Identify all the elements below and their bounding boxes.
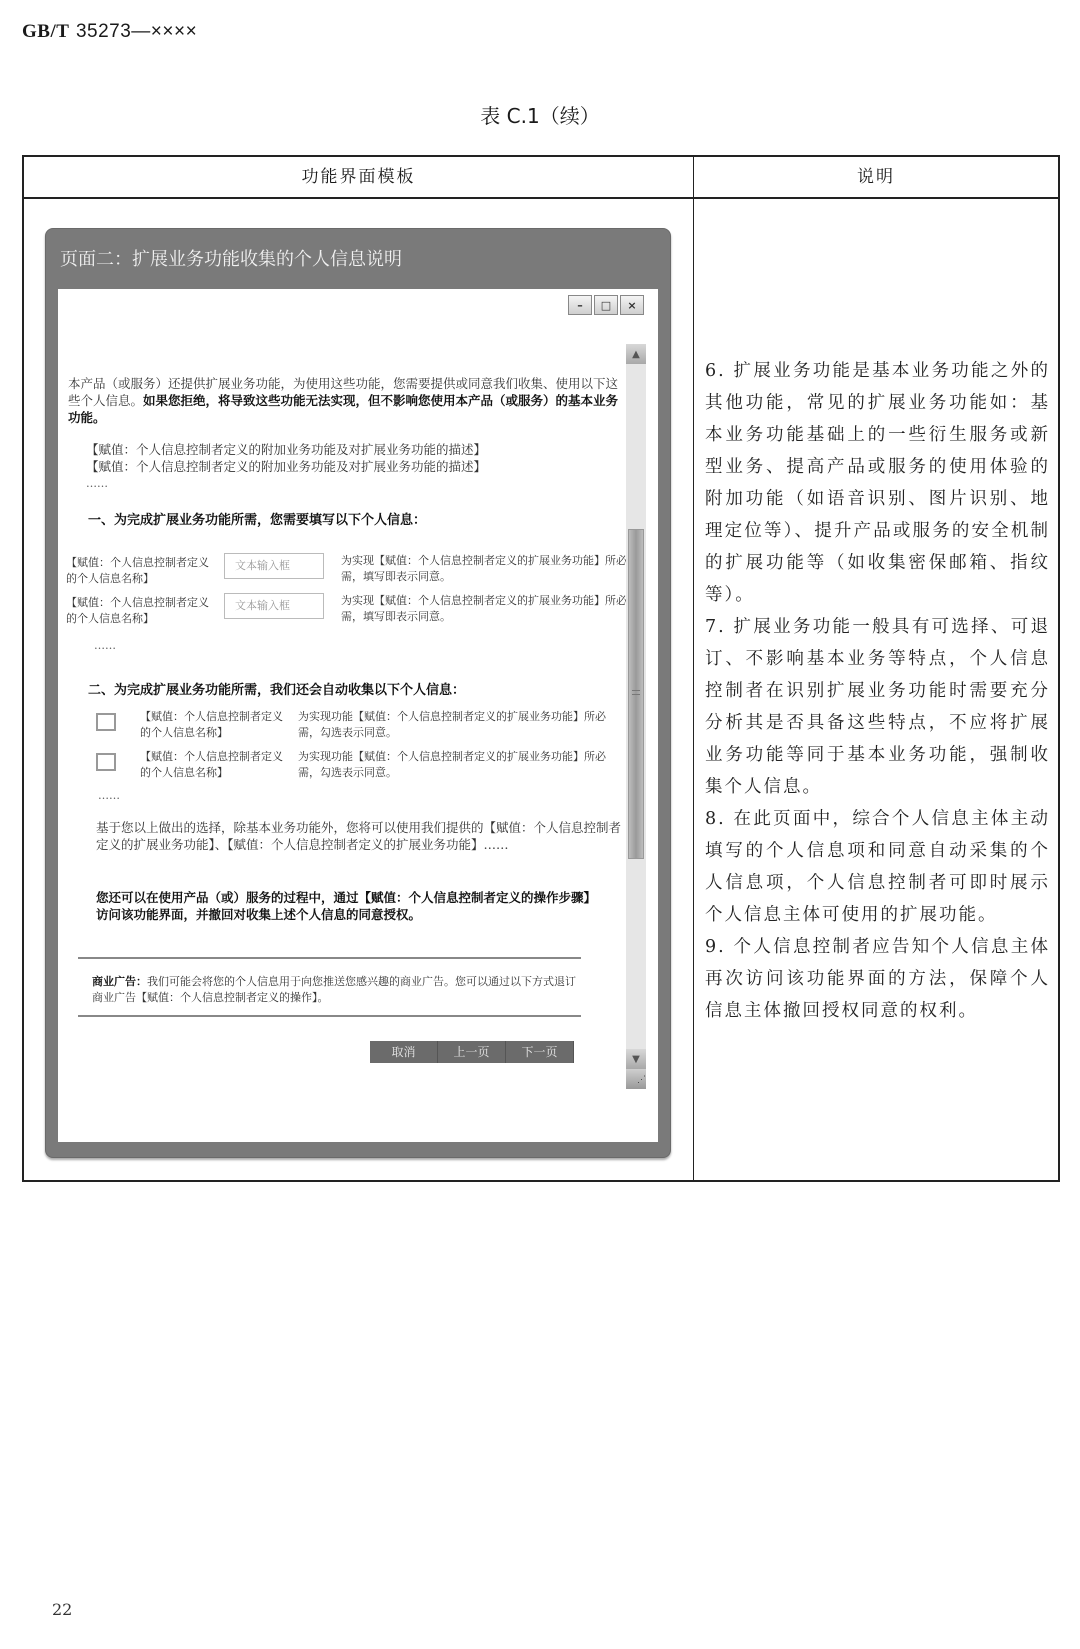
- explanation-column: 6. 扩展业务功能是基本业务功能之外的其他功能，常见的扩展业务功能如：基本业务功…: [705, 355, 1050, 1027]
- field-note: 为实现【赋值：个人信息控制者定义的扩展业务功能】所必需，填写即表示同意。: [341, 593, 631, 625]
- close-icon: ×: [627, 299, 636, 312]
- checkbox-note: 为实现功能【赋值：个人信息控制者定义的扩展业务功能】所必需，勾选表示同意。: [298, 709, 618, 741]
- field-label: 【赋值：个人信息控制者定义的个人信息名称】: [66, 595, 216, 627]
- standard-prefix: GB/T: [22, 21, 69, 42]
- arrow-down-icon: ▼: [632, 1054, 640, 1065]
- checkbox-label: 【赋值：个人信息控制者定义的个人信息名称】: [140, 709, 290, 741]
- column-divider: [693, 157, 694, 1180]
- previous-page-button[interactable]: 上一页: [438, 1041, 506, 1063]
- intro-paragraph: 本产品（或服务）还提供扩展业务功能，为使用这些功能，您需要提供或同意我们收集、使…: [68, 375, 623, 426]
- minimize-icon: –: [577, 299, 583, 312]
- document-header: GB/T 35273—××××: [22, 20, 197, 43]
- section1-ellipsis: ……: [94, 639, 116, 652]
- navigation-buttons: 取消 上一页 下一页: [370, 1041, 574, 1063]
- arrow-up-icon: ▲: [632, 349, 640, 360]
- assignment-item: 【赋值：个人信息控制者定义的附加业务功能及对扩展业务功能的描述】: [86, 441, 606, 458]
- minimize-button[interactable]: –: [568, 295, 592, 315]
- explanation-item: 8. 在此页面中，综合个人信息主体主动填写的个人信息项和同意自动采集的个人信息项…: [705, 803, 1050, 931]
- assignment-item: 【赋值：个人信息控制者定义的附加业务功能及对扩展业务功能的描述】: [86, 458, 606, 475]
- section2-title: 二、为完成扩展业务功能所需，我们还会自动收集以下个人信息：: [88, 679, 465, 698]
- input-row: 【赋值：个人信息控制者定义的个人信息名称】 文本输入框 为实现【赋值：个人信息控…: [66, 591, 626, 633]
- intro-bold-text: 如果您拒绝，将导致这些功能无法实现，但不影响您使用本产品（或服务）的基本业务功能…: [68, 393, 618, 425]
- resize-grip-icon[interactable]: ⋰: [626, 1069, 646, 1089]
- section1-title: 一、为完成扩展业务功能所需，您需要填写以下个人信息：: [88, 509, 426, 528]
- ad-text: 我们可能会将您的个人信息用于向您推送您感兴趣的商业广告。您可以通过以下方式退订商…: [92, 975, 576, 1004]
- maximize-button[interactable]: □: [594, 295, 618, 315]
- consent-checkbox[interactable]: [96, 753, 116, 771]
- explanation-item: 6. 扩展业务功能是基本业务功能之外的其他功能，常见的扩展业务功能如：基本业务功…: [705, 355, 1050, 611]
- revoke-notice: 您还可以在使用产品（或）服务的过程中，通过【赋值：个人信息控制者定义的操作步骤】…: [96, 889, 596, 923]
- vertical-scrollbar[interactable]: ▲ ▼: [626, 344, 646, 1069]
- cancel-button[interactable]: 取消: [370, 1041, 438, 1063]
- page-number: 22: [52, 1600, 72, 1619]
- scroll-up-button[interactable]: ▲: [626, 344, 646, 364]
- mock-window-body: – □ × 本产品（或服务）还提供扩展业务功能，为使用这些功能，您需要提供或同意…: [58, 289, 658, 1142]
- mock-window-title: 页面二：扩展业务功能收集的个人信息说明: [60, 245, 402, 271]
- checkbox-note: 为实现功能【赋值：个人信息控制者定义的扩展业务功能】所必需，勾选表示同意。: [298, 749, 618, 781]
- assignment-list: 【赋值：个人信息控制者定义的附加业务功能及对扩展业务功能的描述】 【赋值：个人信…: [86, 441, 606, 492]
- column-header-template: 功能界面模板: [24, 157, 693, 197]
- maximize-icon: □: [601, 299, 611, 312]
- field-label: 【赋值：个人信息控制者定义的个人信息名称】: [66, 555, 216, 587]
- field-note: 为实现【赋值：个人信息控制者定义的扩展业务功能】所必需，填写即表示同意。: [341, 553, 631, 585]
- next-page-button[interactable]: 下一页: [506, 1041, 574, 1063]
- scroll-down-button[interactable]: ▼: [626, 1049, 646, 1069]
- text-input[interactable]: 文本输入框: [224, 553, 324, 579]
- table-caption: 表 C.1（续）: [0, 100, 1080, 129]
- checkbox-row: 【赋值：个人信息控制者定义的个人信息名称】 为实现功能【赋值：个人信息控制者定义…: [88, 707, 628, 747]
- ad-label: 商业广告：: [92, 975, 147, 988]
- divider: [78, 957, 581, 959]
- input-row: 【赋值：个人信息控制者定义的个人信息名称】 文本输入框 为实现【赋值：个人信息控…: [66, 551, 626, 593]
- scrollbar-thumb[interactable]: [628, 529, 644, 859]
- close-button[interactable]: ×: [620, 295, 644, 315]
- grip-icon: [632, 690, 640, 695]
- divider: [78, 1015, 581, 1017]
- explanation-item: 9. 个人信息控制者应告知个人信息主体再次访问该功能界面的方法，保障个人信息主体…: [705, 931, 1050, 1027]
- available-features-paragraph: 基于您以上做出的选择，除基本业务功能外，您将可以使用我们提供的【赋值：个人信息控…: [96, 819, 626, 853]
- section2-ellipsis: ……: [98, 789, 120, 802]
- checkbox-row: 【赋值：个人信息控制者定义的个人信息名称】 为实现功能【赋值：个人信息控制者定义…: [88, 747, 628, 787]
- checkbox-label: 【赋值：个人信息控制者定义的个人信息名称】: [140, 749, 290, 781]
- column-header-description: 说明: [694, 157, 1058, 197]
- ellipsis: ……: [86, 475, 606, 492]
- window-controls: – □ ×: [568, 295, 644, 315]
- standard-number: 35273—××××: [76, 21, 197, 42]
- explanation-item: 7. 扩展业务功能一般具有可选择、可退订、不影响基本业务等特点，个人信息控制者在…: [705, 611, 1050, 803]
- mock-window: 页面二：扩展业务功能收集的个人信息说明 – □ × 本产品（或服务）还提供扩展业…: [45, 228, 671, 1158]
- consent-checkbox[interactable]: [96, 713, 116, 731]
- text-input[interactable]: 文本输入框: [224, 593, 324, 619]
- ad-notice: 商业广告：我们可能会将您的个人信息用于向您推送您感兴趣的商业广告。您可以通过以下…: [92, 974, 582, 1006]
